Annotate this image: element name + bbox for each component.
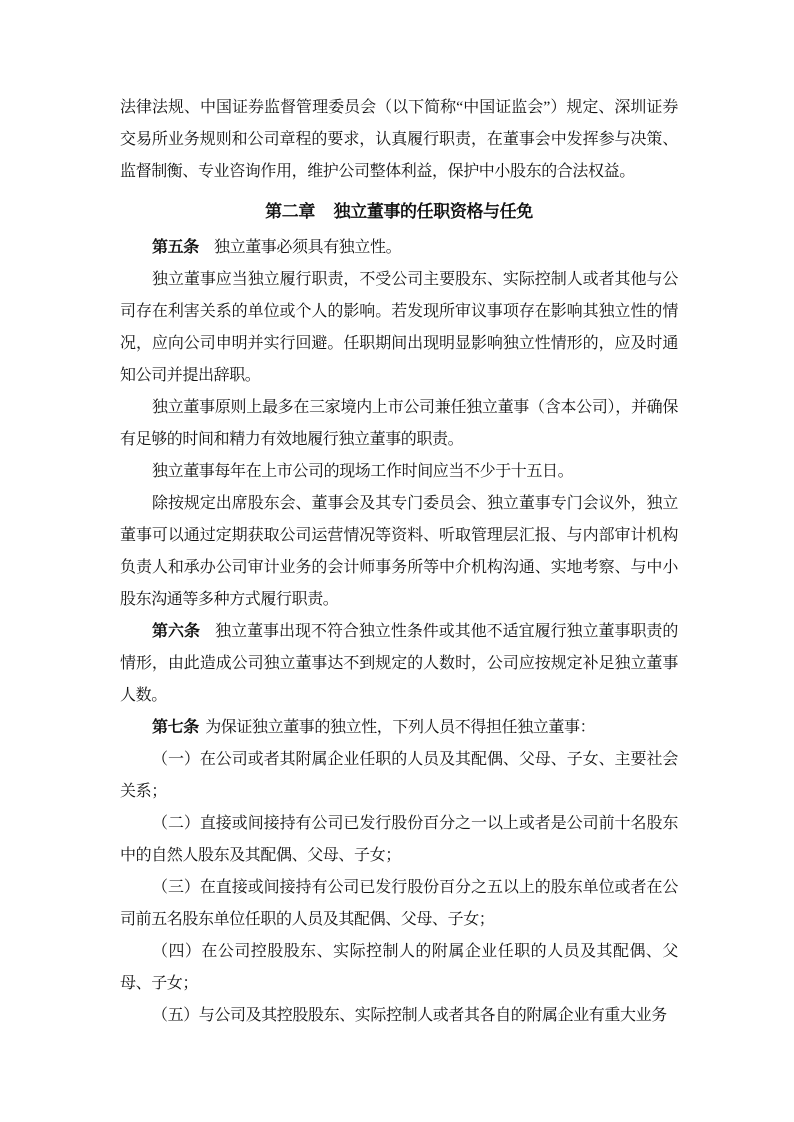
article-7-text: 为保证独立董事的独立性，下列人员不得担任独立董事： [205, 719, 595, 736]
article-6: 第六条独立董事出现不符合独立性条件或其他不适宜履行独立董事职责的情形，由此造成公… [120, 616, 678, 712]
article-5-para-3: 独立董事原则上最多在三家境内上市公司兼任独立董事（含本公司），并确保有足够的时间… [120, 392, 678, 456]
article-5: 第五条独立董事必须具有独立性。 [120, 232, 678, 264]
article-5-para-5: 除按规定出席股东会、董事会及其专门委员会、独立董事专门会议外，独立董事可以通过定… [120, 488, 678, 616]
article-7-item-4: （四）在公司控股股东、实际控制人的附属企业任职的人员及其配偶、父母、子女； [120, 936, 678, 1000]
article-6-text: 独立董事出现不符合独立性条件或其他不适宜履行独立董事职责的情形，由此造成公司独立… [120, 623, 678, 704]
article-7-item-2: （二）直接或间接持有公司已发行股份百分之一以上或者是公司前十名股东中的自然人股东… [120, 808, 678, 872]
article-5-para-4: 独立董事每年在上市公司的现场工作时间应当不少于十五日。 [120, 456, 678, 488]
article-7-item-1: （一）在公司或者其附属企业任职的人员及其配偶、父母、子女、主要社会关系； [120, 744, 678, 808]
article-7-item-3: （三）在直接或间接持有公司已发行股份百分之五以上的股东单位或者在公司前五名股东单… [120, 872, 678, 936]
article-7: 第七条为保证独立董事的独立性，下列人员不得担任独立董事： [120, 712, 678, 744]
chapter-number: 第二章 [265, 202, 315, 221]
continued-paragraph: 法律法规、中国证券监督管理委员会（以下简称“中国证监会”）规定、深圳证券交易所业… [120, 92, 678, 188]
chapter-heading: 第二章独立董事的任职资格与任免 [120, 196, 678, 228]
article-5-label: 第五条 [152, 239, 199, 256]
chapter-title: 独立董事的任职资格与任免 [334, 202, 533, 221]
article-5-text: 独立董事必须具有独立性。 [214, 239, 401, 256]
article-7-label: 第七条 [152, 719, 199, 736]
article-6-label: 第六条 [152, 623, 200, 640]
document-page: 法律法规、中国证券监督管理委员会（以下简称“中国证监会”）规定、深圳证券交易所业… [0, 0, 794, 1122]
article-7-item-5: （五）与公司及其控股股东、实际控制人或者其各自的附属企业有重大业务 [120, 1000, 678, 1032]
article-5-para-2: 独立董事应当独立履行职责，不受公司主要股东、实际控制人或者其他与公司存在利害关系… [120, 264, 678, 392]
